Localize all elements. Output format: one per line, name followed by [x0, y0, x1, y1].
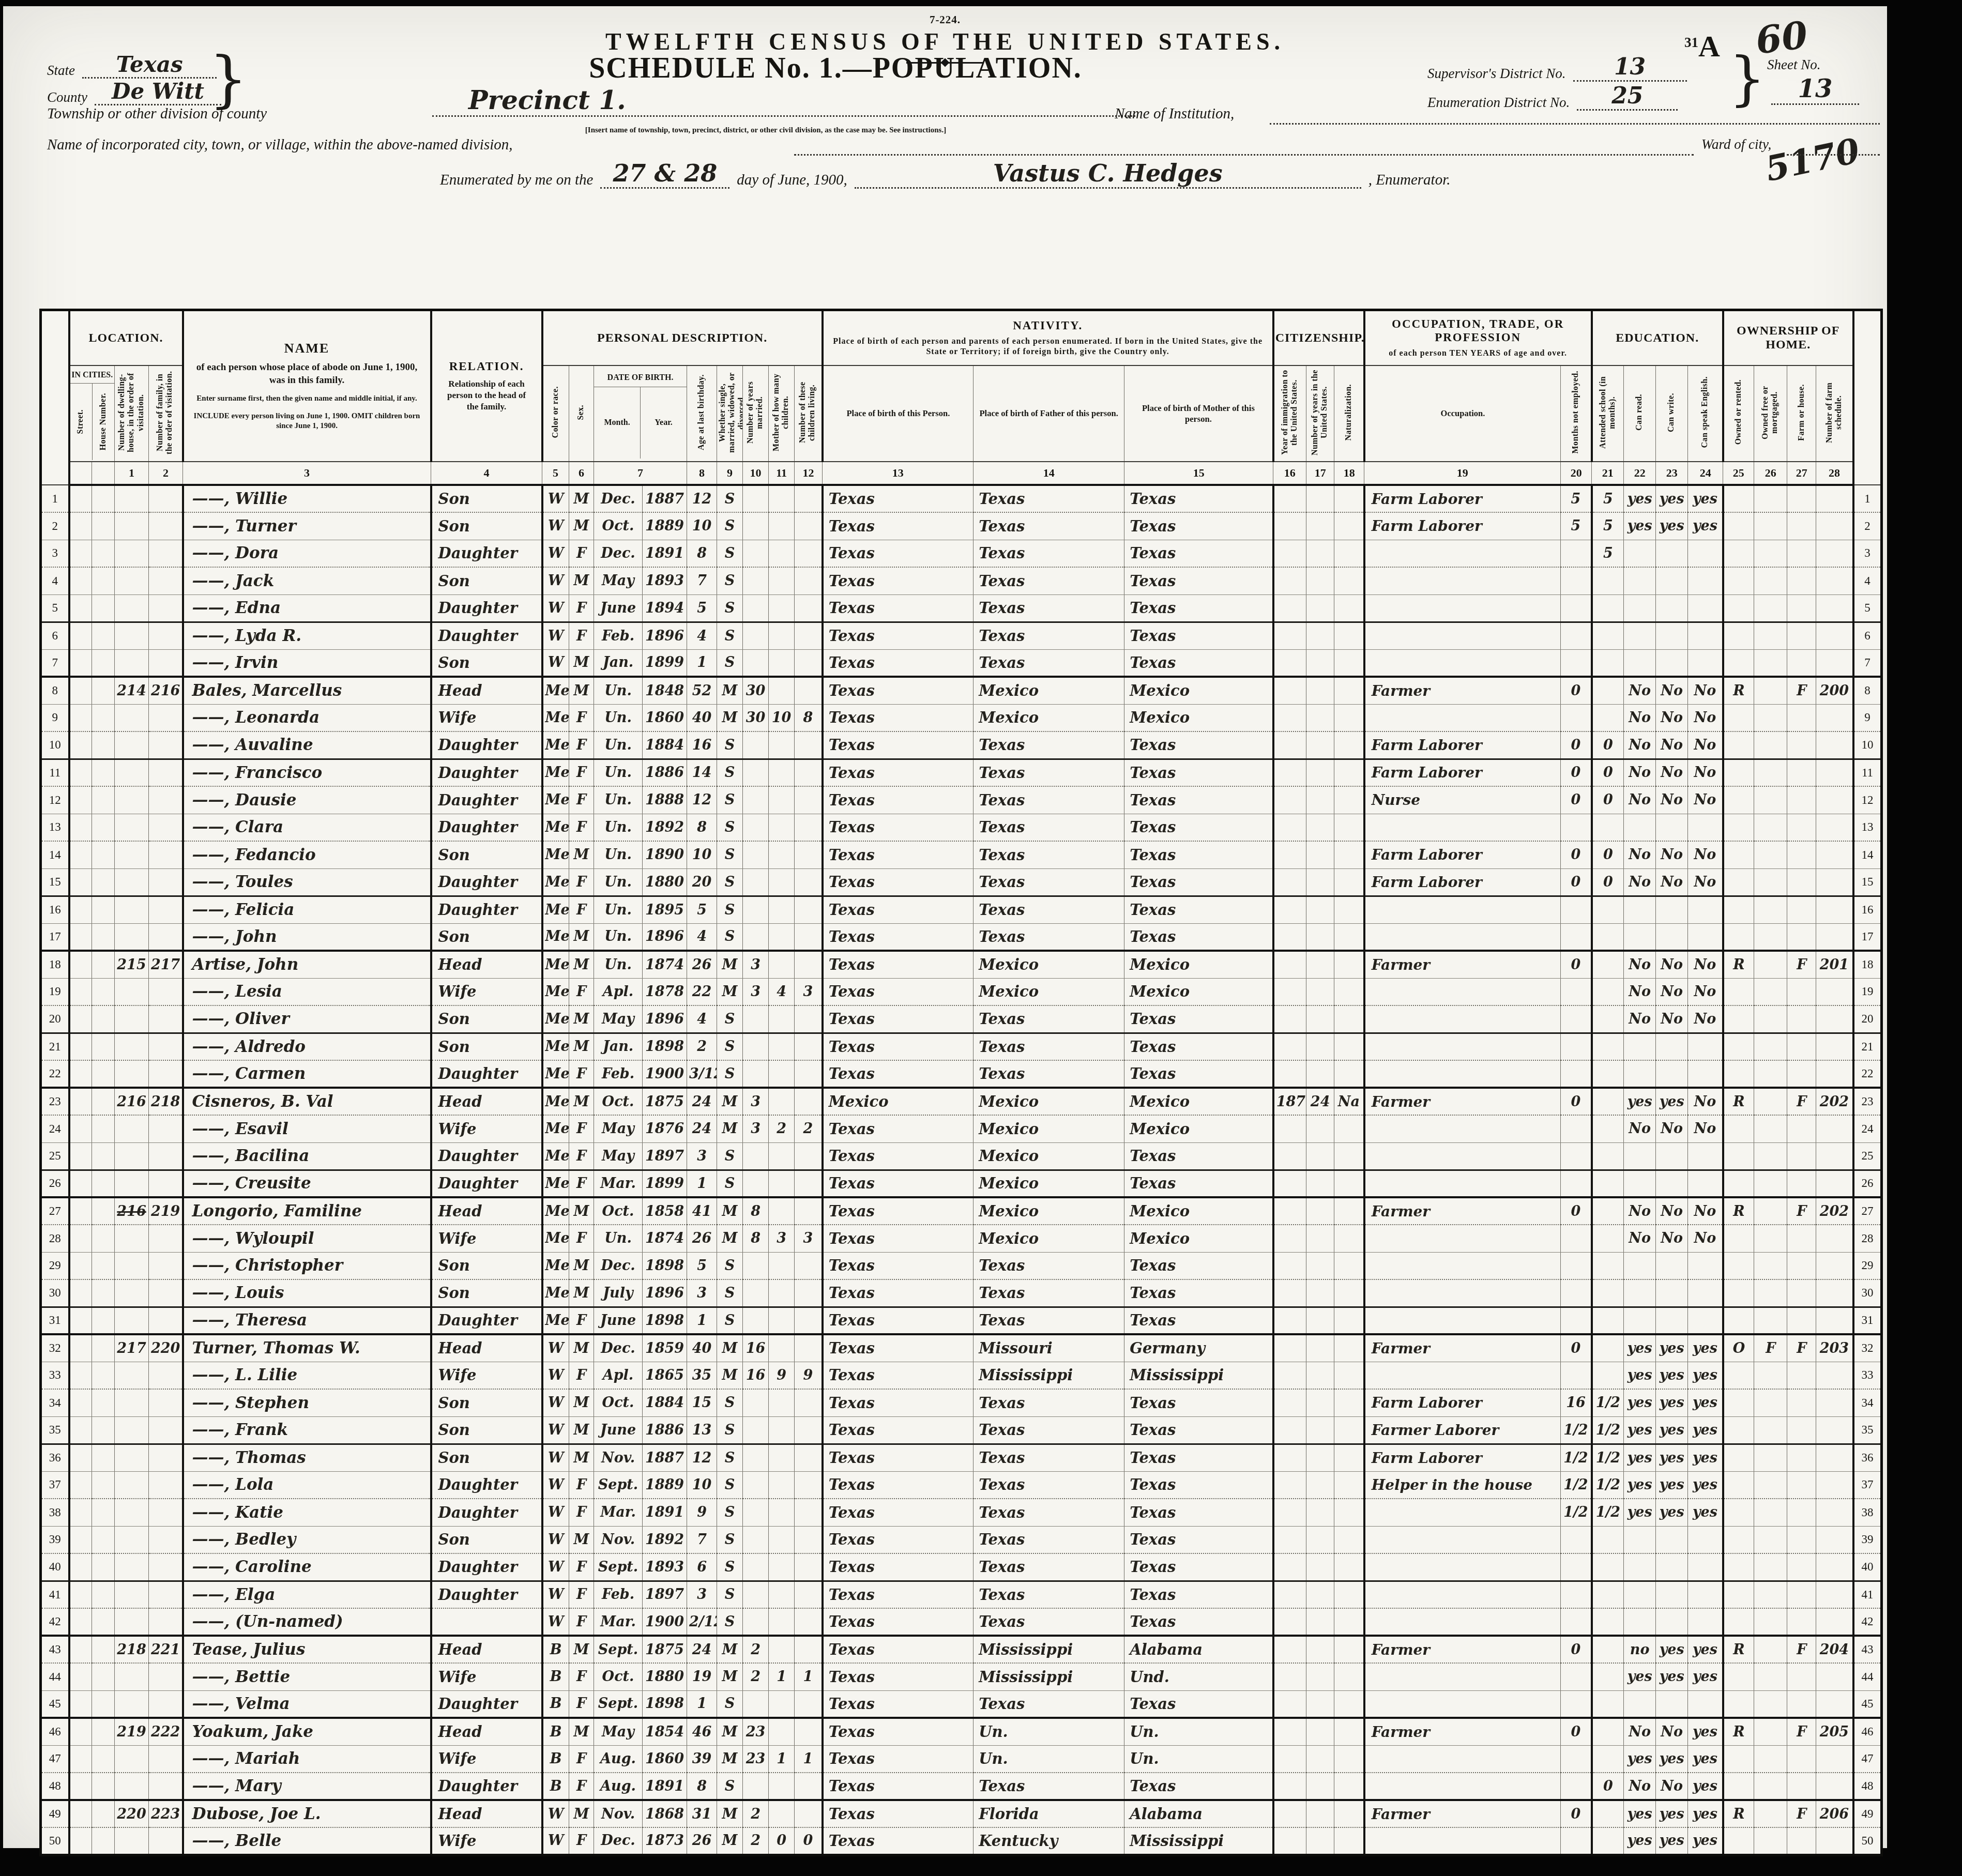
cell-age: 16 — [687, 731, 717, 759]
cell-dwelling-number — [115, 567, 149, 594]
cell-street — [69, 1252, 92, 1279]
cell-farm-or-house: F — [1787, 1197, 1816, 1225]
cell-immigration-year — [1273, 1827, 1306, 1855]
cell-mother-of — [769, 1690, 795, 1718]
cell-marital: S — [717, 1581, 743, 1608]
cell-mother-of — [769, 1060, 795, 1088]
cell-dwelling-number: 216 — [115, 1088, 149, 1115]
column-number: 5 — [542, 462, 569, 485]
cell-relation: Son — [431, 485, 542, 512]
cell-years-in-us — [1306, 923, 1334, 951]
cell-relation: Head — [431, 677, 542, 704]
cell-can-speak-english: No — [1688, 1088, 1723, 1115]
cell-can-speak-english — [1688, 1033, 1723, 1060]
row-number-right: 25 — [1853, 1142, 1882, 1170]
cell-sex: M — [569, 1444, 594, 1471]
row-number-right: 37 — [1853, 1471, 1882, 1499]
cell-birthplace: Texas — [823, 1608, 974, 1636]
cell-years-in-us — [1306, 1827, 1334, 1855]
cell-marital: M — [717, 951, 743, 978]
cell-years-married — [743, 759, 769, 786]
cell-can-write: No — [1656, 841, 1688, 868]
row-number-right: 20 — [1853, 1005, 1882, 1033]
cell-attended-school — [1592, 1745, 1624, 1773]
census-table: LOCATION. NAME of each person whose plac… — [39, 309, 1883, 1856]
cell-years-married: 30 — [743, 704, 769, 731]
cell-father-birthplace: Texas — [974, 841, 1124, 868]
cell-relation: Daughter — [431, 1142, 542, 1170]
cell-relation: Son — [431, 841, 542, 868]
cell-can-speak-english: yes — [1688, 1362, 1723, 1389]
cell-birth-month: Oct. — [594, 1663, 643, 1690]
cell-farm-or-house — [1787, 1170, 1816, 1197]
cell-street — [69, 1170, 92, 1197]
naturalization-header: Naturalization. — [1334, 365, 1364, 462]
cell-color: W — [542, 1471, 569, 1499]
cell-naturalization — [1334, 540, 1364, 567]
cell-family-number — [149, 1690, 183, 1718]
cell-father-birthplace: Texas — [974, 594, 1124, 622]
cell-relation: Wife — [431, 1745, 542, 1773]
cell-can-write: No — [1656, 1718, 1688, 1745]
cell-house-number — [92, 1471, 115, 1499]
cell-naturalization — [1334, 1773, 1364, 1800]
cell-immigration-year — [1273, 1581, 1306, 1608]
cell-dwelling-number — [115, 1745, 149, 1773]
cell-birth-year: 1859 — [643, 1334, 687, 1362]
cell-mother-birthplace: Un. — [1124, 1745, 1273, 1773]
cell-family-number — [149, 485, 183, 512]
cell-color: W — [542, 1444, 569, 1471]
cell-can-read — [1624, 1060, 1656, 1088]
cell-farm-schedule-number — [1816, 1690, 1853, 1718]
cell-father-birthplace: Mexico — [974, 677, 1124, 704]
cell-can-write — [1656, 1581, 1688, 1608]
cell-marital: S — [717, 1773, 743, 1800]
cell-can-write: yes — [1656, 1389, 1688, 1416]
cell-farm-schedule-number — [1816, 1581, 1853, 1608]
cell-relation: Daughter — [431, 1581, 542, 1608]
cell-can-speak-english: No — [1688, 1005, 1723, 1033]
cell-farm-schedule-number — [1816, 1389, 1853, 1416]
cell-street — [69, 1471, 92, 1499]
cell-occupation — [1364, 540, 1561, 567]
cell-sex: M — [569, 1279, 594, 1307]
cell-owned-free-mortgaged — [1754, 1225, 1787, 1252]
cell-owned-rented — [1723, 1827, 1754, 1855]
cell-occupation — [1364, 1581, 1561, 1608]
cell-street — [69, 923, 92, 951]
cell-naturalization — [1334, 868, 1364, 896]
cell-farm-or-house — [1787, 1033, 1816, 1060]
cell-owned-free-mortgaged — [1754, 759, 1787, 786]
cell-mother-birthplace: Texas — [1124, 1690, 1273, 1718]
table-row: 8214216Bales, MarcellusHeadMexMUn.184852… — [41, 677, 1882, 704]
cell-dwelling-number — [115, 1389, 149, 1416]
cell-dwelling-number — [115, 1115, 149, 1142]
cell-attended-school — [1592, 1197, 1624, 1225]
cell-children-living — [795, 1170, 823, 1197]
dob-title: DATE OF BIRTH. — [594, 369, 687, 387]
cell-house-number — [92, 1142, 115, 1170]
cell-father-birthplace: Texas — [974, 1252, 1124, 1279]
cell-father-birthplace: Texas — [974, 1279, 1124, 1307]
cell-birthplace: Texas — [823, 1142, 974, 1170]
cell-name: Turner, Thomas W. — [183, 1334, 431, 1362]
cell-farm-or-house — [1787, 1608, 1816, 1636]
cell-relation: Daughter — [431, 622, 542, 649]
cell-marital: S — [717, 1553, 743, 1581]
cell-birthplace: Texas — [823, 1115, 974, 1142]
cell-age: 39 — [687, 1745, 717, 1773]
cell-family-number — [149, 923, 183, 951]
cell-years-in-us — [1306, 1005, 1334, 1033]
cell-naturalization — [1334, 1800, 1364, 1827]
cell-months-not-employed: 5 — [1561, 512, 1592, 540]
cell-can-speak-english: No — [1688, 704, 1723, 731]
cell-birthplace: Texas — [823, 540, 974, 567]
cell-can-speak-english — [1688, 1252, 1723, 1279]
cell-street — [69, 1225, 92, 1252]
cell-name: ——, Wyloupil — [183, 1225, 431, 1252]
cell-birth-year: 1896 — [643, 1279, 687, 1307]
cell-farm-schedule-number — [1816, 649, 1853, 677]
cell-birth-month: Un. — [594, 841, 643, 868]
cell-children-living — [795, 1800, 823, 1827]
cell-family-number — [149, 1745, 183, 1773]
cell-children-living — [795, 1526, 823, 1553]
cell-street — [69, 841, 92, 868]
cell-months-not-employed — [1561, 978, 1592, 1005]
cell-color: Mex — [542, 677, 569, 704]
left-brace: } — [209, 43, 248, 115]
cell-birth-year: 1891 — [643, 1499, 687, 1526]
cell-can-write: No — [1656, 759, 1688, 786]
cell-mother-of — [769, 1553, 795, 1581]
cell-years-married — [743, 1526, 769, 1553]
cell-attended-school: 0 — [1592, 786, 1624, 814]
cell-sex: M — [569, 951, 594, 978]
row-number-right: 17 — [1853, 923, 1882, 951]
cell-name: ——, (Un-named) — [183, 1608, 431, 1636]
cell-mother-birthplace: Alabama — [1124, 1636, 1273, 1663]
group-citizenship: CITIZENSHIP. — [1273, 310, 1364, 366]
cell-attended-school — [1592, 978, 1624, 1005]
cell-dwelling-number — [115, 1608, 149, 1636]
cell-mother-birthplace: Texas — [1124, 1252, 1273, 1279]
cell-owned-free-mortgaged — [1754, 1389, 1787, 1416]
row-number-right: 50 — [1853, 1827, 1882, 1855]
cell-birth-year: 1875 — [643, 1088, 687, 1115]
cell-sex: F — [569, 731, 594, 759]
cell-age: 12 — [687, 485, 717, 512]
cell-marital: S — [717, 1389, 743, 1416]
cell-immigration-year — [1273, 1362, 1306, 1389]
cell-father-birthplace: Mexico — [974, 951, 1124, 978]
cell-color: W — [542, 1362, 569, 1389]
cell-owned-free-mortgaged — [1754, 786, 1787, 814]
cell-years-married — [743, 1279, 769, 1307]
cell-immigration-year — [1273, 1416, 1306, 1444]
row-number-left: 19 — [41, 978, 69, 1005]
cell-mother-of: 2 — [769, 1115, 795, 1142]
cell-mother-birthplace: Mississippi — [1124, 1362, 1273, 1389]
enumerator-post-label: , Enumerator. — [1368, 172, 1451, 189]
cell-family-number — [149, 1170, 183, 1197]
cell-years-married: 3 — [743, 1088, 769, 1115]
column-number: 4 — [431, 462, 542, 485]
cell-marital: M — [717, 1334, 743, 1362]
cell-immigration-year — [1273, 649, 1306, 677]
cell-birthplace: Texas — [823, 594, 974, 622]
cell-farm-schedule-number — [1816, 567, 1853, 594]
cell-can-write: yes — [1656, 1088, 1688, 1115]
cell-farm-schedule-number: 201 — [1816, 951, 1853, 978]
cell-can-read: No — [1624, 1005, 1656, 1033]
cell-years-married — [743, 1307, 769, 1334]
cell-can-read: yes — [1624, 1444, 1656, 1471]
cell-color: W — [542, 1416, 569, 1444]
cell-relation: Daughter — [431, 1499, 542, 1526]
cell-mother-birthplace: Texas — [1124, 896, 1273, 923]
cell-naturalization — [1334, 567, 1364, 594]
cell-occupation — [1364, 814, 1561, 841]
table-row: 31——, TheresaDaughterMexFJune18981STexas… — [41, 1307, 1882, 1334]
row-number-left: 43 — [41, 1636, 69, 1663]
cell-owned-rented — [1723, 1773, 1754, 1800]
table-row: 15——, ToulesDaughterMexFUn.188020STexasT… — [41, 868, 1882, 896]
cell-can-write — [1656, 594, 1688, 622]
cell-farm-or-house — [1787, 1526, 1816, 1553]
cell-occupation: Farm Laborer — [1364, 841, 1561, 868]
cell-father-birthplace: Texas — [974, 896, 1124, 923]
sheet-number-value: 13 — [1771, 74, 1859, 105]
children-living-header: Number of these children living. — [795, 365, 823, 462]
cell-attended-school — [1592, 1362, 1624, 1389]
cell-can-write — [1656, 1526, 1688, 1553]
cell-can-read — [1624, 540, 1656, 567]
cell-house-number — [92, 1581, 115, 1608]
cell-sex: M — [569, 649, 594, 677]
cell-birthplace: Texas — [823, 1690, 974, 1718]
cell-mother-of — [769, 677, 795, 704]
city-label: Name of incorporated city, town, or vill… — [47, 136, 513, 154]
cell-years-married — [743, 1444, 769, 1471]
cell-naturalization — [1334, 1581, 1364, 1608]
cell-months-not-employed — [1561, 896, 1592, 923]
cell-birth-month: Sept. — [594, 1553, 643, 1581]
cell-mother-birthplace: Texas — [1124, 1581, 1273, 1608]
table-row: 6——, Lyda R.DaughterWFFeb.18964STexasTex… — [41, 622, 1882, 649]
cell-years-in-us — [1306, 649, 1334, 677]
cell-house-number — [92, 814, 115, 841]
cell-can-write: No — [1656, 1005, 1688, 1033]
cell-immigration-year — [1273, 1060, 1306, 1088]
cell-years-in-us — [1306, 1636, 1334, 1663]
cell-farm-or-house: F — [1787, 1718, 1816, 1745]
row-number-left: 38 — [41, 1499, 69, 1526]
cell-occupation: Farmer — [1364, 951, 1561, 978]
cell-years-married — [743, 896, 769, 923]
cell-family-number — [149, 1307, 183, 1334]
form-number: 7-224. — [3, 13, 1887, 26]
census-sheet: 7-224. TWELFTH CENSUS OF THE UNITED STAT… — [3, 6, 1887, 1848]
cell-family-number — [149, 1115, 183, 1142]
cell-age: 5 — [687, 896, 717, 923]
cell-months-not-employed — [1561, 704, 1592, 731]
cell-mother-birthplace: Un. — [1124, 1718, 1273, 1745]
cell-street — [69, 1197, 92, 1225]
cell-can-read: yes — [1624, 1499, 1656, 1526]
cell-house-number — [92, 1225, 115, 1252]
cell-occupation: Farmer — [1364, 1636, 1561, 1663]
cell-mother-of: 3 — [769, 1225, 795, 1252]
cell-attended-school — [1592, 622, 1624, 649]
relation-title: RELATION. — [433, 360, 540, 373]
cell-can-speak-english — [1688, 1608, 1723, 1636]
cell-years-married — [743, 1690, 769, 1718]
cell-years-married — [743, 622, 769, 649]
cell-children-living — [795, 841, 823, 868]
cell-attended-school — [1592, 1690, 1624, 1718]
cell-farm-schedule-number — [1816, 485, 1853, 512]
cell-name: ——, Lola — [183, 1471, 431, 1499]
dwelling-number-header: Number of dwelling-house, in the order o… — [115, 365, 149, 462]
cell-farm-schedule-number — [1816, 731, 1853, 759]
cell-occupation: Farm Laborer — [1364, 1444, 1561, 1471]
cell-age: 24 — [687, 1115, 717, 1142]
table-row: 28——, WyloupilWifeMexFUn.187426M833Texas… — [41, 1225, 1882, 1252]
cell-attended-school — [1592, 1252, 1624, 1279]
cell-father-birthplace: Texas — [974, 512, 1124, 540]
cell-birth-year: 1874 — [643, 1225, 687, 1252]
cell-name: ——, Dausie — [183, 786, 431, 814]
cell-can-read — [1624, 1581, 1656, 1608]
cell-attended-school — [1592, 1170, 1624, 1197]
cell-can-write — [1656, 1608, 1688, 1636]
cell-naturalization — [1334, 1416, 1364, 1444]
cell-naturalization — [1334, 704, 1364, 731]
cell-owned-free-mortgaged — [1754, 1005, 1787, 1033]
cell-owned-free-mortgaged — [1754, 1718, 1787, 1745]
name-title: NAME — [185, 341, 429, 356]
cell-farm-schedule-number: 206 — [1816, 1800, 1853, 1827]
cell-children-living: 9 — [795, 1362, 823, 1389]
column-number: 20 — [1561, 462, 1592, 485]
cell-children-living — [795, 594, 823, 622]
cell-dwelling-number — [115, 978, 149, 1005]
row-number-left: 28 — [41, 1225, 69, 1252]
cell-relation: Daughter — [431, 540, 542, 567]
cell-father-birthplace: Texas — [974, 1389, 1124, 1416]
cell-years-married — [743, 1252, 769, 1279]
cell-sex: M — [569, 1718, 594, 1745]
cell-age: 26 — [687, 951, 717, 978]
cell-years-married — [743, 1033, 769, 1060]
cell-name: ——, Caroline — [183, 1553, 431, 1581]
table-row: 9——, LeonardaWifeMexFUn.186040M30108Texa… — [41, 704, 1882, 731]
cell-can-speak-english: yes — [1688, 512, 1723, 540]
cell-father-birthplace: Mississippi — [974, 1636, 1124, 1663]
cell-age: 3 — [687, 1581, 717, 1608]
cell-house-number — [92, 759, 115, 786]
cell-mother-birthplace: Texas — [1124, 1005, 1273, 1033]
cell-farm-schedule-number: 203 — [1816, 1334, 1853, 1362]
cell-children-living: 3 — [795, 978, 823, 1005]
cell-mother-of — [769, 649, 795, 677]
cell-farm-or-house — [1787, 786, 1816, 814]
cell-occupation: Farm Laborer — [1364, 512, 1561, 540]
cell-name: ——, Christopher — [183, 1252, 431, 1279]
cell-immigration-year — [1273, 978, 1306, 1005]
cell-owned-rented — [1723, 1499, 1754, 1526]
attended-school-header: Attended school (in months). — [1592, 365, 1624, 462]
cell-immigration-year — [1273, 1033, 1306, 1060]
township-note: [Insert name of township, town, precinct… — [432, 126, 1099, 135]
cell-birthplace: Texas — [823, 704, 974, 731]
row-number-right: 11 — [1853, 759, 1882, 786]
cell-mother-birthplace: Texas — [1124, 649, 1273, 677]
cell-sex: F — [569, 1827, 594, 1855]
cell-years-married: 23 — [743, 1718, 769, 1745]
cell-can-read: No — [1624, 841, 1656, 868]
cell-color: Mex — [542, 704, 569, 731]
cell-months-not-employed — [1561, 649, 1592, 677]
cell-age: 1 — [687, 1170, 717, 1197]
cell-naturalization — [1334, 1307, 1364, 1334]
cell-owned-rented — [1723, 923, 1754, 951]
supervisor-district-value: 13 — [1573, 54, 1687, 82]
cell-years-in-us — [1306, 1608, 1334, 1636]
cell-can-write: No — [1656, 1225, 1688, 1252]
cell-birth-month: Dec. — [594, 540, 643, 567]
cell-street — [69, 1307, 92, 1334]
row-number-right: 9 — [1853, 704, 1882, 731]
cell-owned-free-mortgaged — [1754, 1115, 1787, 1142]
cell-can-write — [1656, 1033, 1688, 1060]
months-not-employed-header: Months not employed. — [1561, 365, 1592, 462]
date-of-birth-header: DATE OF BIRTH. Month. Year. — [594, 365, 687, 462]
table-row: 50——, BelleWifeWFDec.187326M200TexasKent… — [41, 1827, 1882, 1855]
cell-farm-schedule-number — [1816, 1279, 1853, 1307]
cell-name: ——, Elga — [183, 1581, 431, 1608]
cell-birthplace: Texas — [823, 485, 974, 512]
cell-father-birthplace: Mexico — [974, 1170, 1124, 1197]
cell-farm-schedule-number: 200 — [1816, 677, 1853, 704]
cell-birth-month: Oct. — [594, 1389, 643, 1416]
cell-house-number — [92, 649, 115, 677]
row-number-right: 26 — [1853, 1170, 1882, 1197]
cell-relation: Daughter — [431, 731, 542, 759]
cell-owned-free-mortgaged — [1754, 1800, 1787, 1827]
cell-owned-rented — [1723, 704, 1754, 731]
cell-relation: Son — [431, 567, 542, 594]
column-number: 8 — [687, 462, 717, 485]
row-number-right: 29 — [1853, 1252, 1882, 1279]
cell-years-married — [743, 512, 769, 540]
column-number — [69, 462, 92, 485]
cell-name: ——, Bacilina — [183, 1142, 431, 1170]
cell-color: W — [542, 567, 569, 594]
cell-birthplace: Texas — [823, 1800, 974, 1827]
cell-farm-schedule-number — [1816, 1252, 1853, 1279]
cell-relation: Son — [431, 1033, 542, 1060]
cell-father-birthplace: Un. — [974, 1718, 1124, 1745]
cell-birth-year: 1886 — [643, 759, 687, 786]
cell-naturalization — [1334, 759, 1364, 786]
cell-occupation: Farmer — [1364, 1334, 1561, 1362]
cell-can-read: yes — [1624, 1827, 1656, 1855]
